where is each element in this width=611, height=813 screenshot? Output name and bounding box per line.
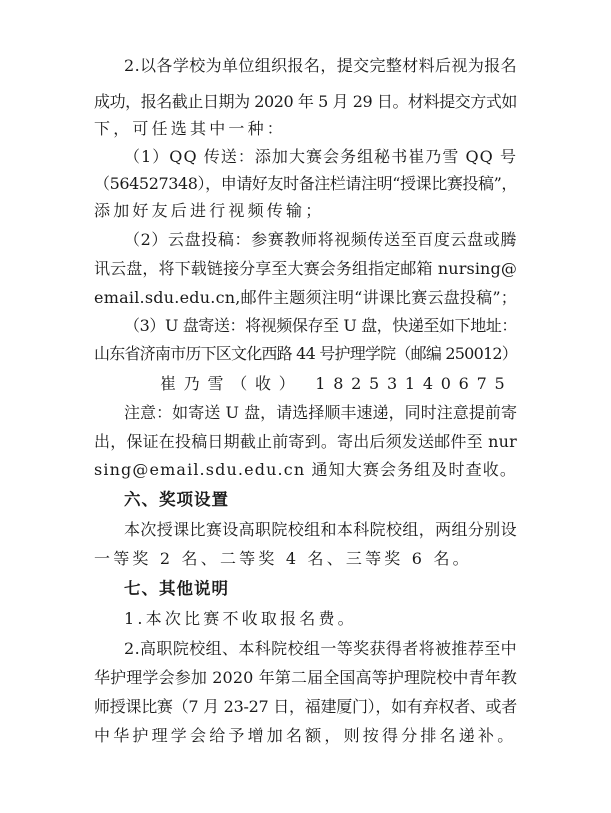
- text-line: 成功，报名截止日期为 2020 年 5 月 29 日。材料提交方式如: [94, 92, 517, 112]
- text-line: 2.高职院校组、本科院校组一等奖获得者将被推荐至中: [124, 639, 517, 659]
- text-line: 中华护理学会给予增加名额，则按得分排名递补。: [94, 726, 516, 746]
- text-line: 师授课比赛（7 月 23-27 日，福建厦门），如有弃权者、或者: [94, 697, 517, 717]
- text-line: email.sdu.edu.cn,邮件主题须注明“讲课比赛云盘投稿”；: [94, 288, 517, 308]
- text-line: 注意：如寄送 U 盘，请选择顺丰速递，同时注意提前寄: [124, 403, 517, 423]
- text-line: 一等奖 2 名、二等奖 4 名、三等奖 6 名。: [94, 549, 472, 569]
- text-line: （564527348），申请好友时备注栏请注明“授课比赛投稿”，: [94, 174, 517, 194]
- text-line: 添加好友后进行视频传输；: [94, 201, 324, 221]
- text-line: 山东省济南市历下区文化西路 44 号护理学院（邮编 250012）: [94, 344, 517, 364]
- text-line: 出，保证在投稿日期截止前寄到。寄出后须发送邮件至 nur: [94, 432, 517, 452]
- text-line: 1.本次比赛不收取报名费。: [124, 609, 357, 629]
- text-line: 下，可任选其中一种：: [94, 119, 286, 139]
- text-line: sing@email.sdu.edu.cn 通知大赛会务组及时查收。: [94, 460, 517, 480]
- text-line: （1）QQ 传送：添加大赛会务组秘书崔乃雪 QQ 号: [124, 147, 517, 167]
- section-heading: 七、其他说明: [124, 579, 229, 599]
- text-line: （3）U 盘寄送：将视频保存至 U 盘，快递至如下地址：: [124, 316, 517, 336]
- text-line: 崔乃雪（收） 18253140675: [160, 374, 512, 394]
- text-line: 2.以各学校为单位组织报名，提交完整材料后视为报名: [124, 56, 517, 76]
- text-line: （2）云盘投稿：参赛教师将视频传送至百度云盘或腾: [124, 230, 517, 250]
- text-line: 本次授课比赛设高职院校组和本科院校组，两组分别设: [124, 520, 517, 540]
- text-line: 华护理学会参加 2020 年第二届全国高等护理院校中青年教: [94, 668, 517, 688]
- text-line: 讯云盘，将下载链接分享至大赛会务组指定邮箱 nursing@: [94, 259, 517, 279]
- section-heading: 六、奖项设置: [124, 490, 229, 510]
